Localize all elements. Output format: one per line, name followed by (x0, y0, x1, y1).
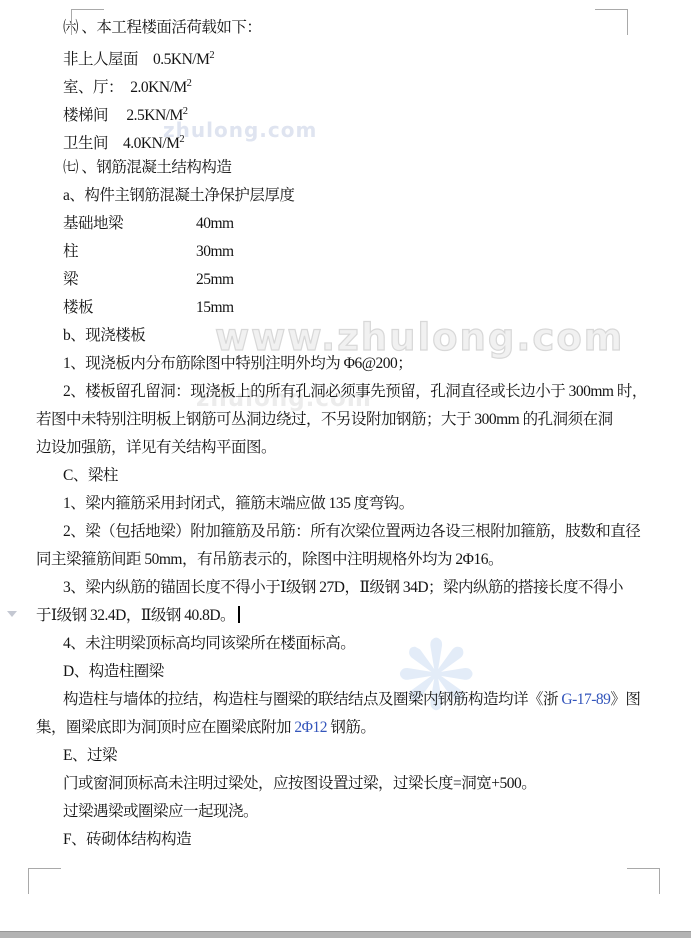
text-run: 40mm (196, 215, 234, 232)
text-line: 基础地梁40mm (36, 210, 691, 238)
text-run: 楼板 (63, 294, 196, 322)
text-run: 0.5KN/M (153, 51, 209, 68)
text-run: a、构件主钢筋混凝土净保护层厚度 (63, 187, 294, 204)
document-text-area[interactable]: ㈥ 、本工程楼面活荷载如下：非上人屋面 0.5KN/M2室、厅： 2.0KN/M… (36, 14, 691, 854)
text-line: 柱30mm (36, 238, 691, 266)
text-run: 》图 (610, 691, 640, 708)
margin-mark-top-right (595, 9, 628, 35)
text-run: 若图中未特别注明板上钢筋可丛洞边绕过，不另设附加钢筋；大于 300mm 的孔洞须… (36, 411, 613, 428)
text-run: 1、现浇板内分布筋除图中特别注明外均为 Φ6@200； (63, 355, 412, 372)
text-line: D、构造柱圈梁 (36, 658, 691, 686)
text-run: 4、未注明梁顶标高均同该梁所在楼面标高。 (63, 635, 355, 652)
text-run: G-17-89 (561, 691, 610, 708)
left-margin-triangle-icon[interactable] (7, 611, 17, 617)
page-gap-bar (0, 931, 691, 938)
text-line: 非上人屋面 0.5KN/M2 (36, 42, 691, 70)
text-line: 梁25mm (36, 266, 691, 294)
text-line: 于Ⅰ级钢 32.4D，Ⅱ级钢 40.8D。 (36, 602, 691, 630)
text-line: 楼板15mm (36, 294, 691, 322)
text-run: C、梁柱 (63, 467, 118, 484)
text-line: 1、现浇板内分布筋除图中特别注明外均为 Φ6@200； (36, 350, 691, 378)
text-run: 构造柱与墙体的拉结，构造柱与圈梁的联结结点及圈梁内钢筋构造均详《浙 (63, 691, 561, 708)
text-line: 边设加强筋，详见有关结构平面图。 (36, 434, 691, 462)
text-line: F、砖砌体结构构造 (36, 826, 691, 854)
margin-mark-top-left (71, 9, 104, 35)
text-line: E、过梁 (36, 742, 691, 770)
text-run: 柱 (63, 238, 196, 266)
text-run: 30mm (196, 243, 234, 260)
text-line: ㈥ 、本工程楼面活荷载如下： (36, 14, 691, 42)
text-run: 2 (209, 50, 214, 61)
text-line: 4、未注明梁顶标高均同该梁所在楼面标高。 (36, 630, 691, 658)
text-run: 过梁遇梁或圈梁应一起现浇。 (63, 803, 258, 820)
text-run: 楼梯间 (63, 107, 126, 124)
text-line: 同主梁箍筋间距 50mm，有吊筋表示的，除图中注明规格外均为 2Φ16。 (36, 546, 691, 574)
text-line: ㈦ 、钢筋混凝土结构构造 (36, 154, 691, 182)
text-run: F、砖砌体结构构造 (63, 831, 191, 848)
text-run: 2 (183, 106, 188, 117)
text-line: 室、厅： 2.0KN/M2 (36, 70, 691, 98)
text-run: 钢筋。 (327, 719, 375, 736)
text-run: 3、梁内纵筋的锚固长度不得小于Ⅰ级钢 27D，Ⅱ级钢 34D；梁内纵筋的搭接长度… (63, 579, 623, 596)
text-line: 构造柱与墙体的拉结，构造柱与圈梁的联结结点及圈梁内钢筋构造均详《浙 G-17-8… (36, 686, 691, 714)
text-run: 基础地梁 (63, 210, 196, 238)
text-line: 门或窗洞顶标高未注明过梁处，应按图设置过梁，过梁长度=洞宽+500。 (36, 770, 691, 798)
text-line: 过梁遇梁或圈梁应一起现浇。 (36, 798, 691, 826)
text-run: 室、厅： (63, 79, 130, 96)
text-run: 卫生间 (63, 135, 123, 152)
text-run: 于Ⅰ级钢 32.4D，Ⅱ级钢 40.8D。 (36, 607, 235, 624)
text-run: 1、梁内箍筋采用封闭式，箍筋末端应做 135 度弯钩。 (63, 495, 414, 512)
text-run: 梁 (63, 266, 196, 294)
text-line: 2、梁（包括地梁）附加箍筋及吊筋：所有次梁位置两边各设三根附加箍筋，肢数和直径 (36, 518, 691, 546)
text-run: 2、楼板留孔留洞：现浇板上的所有孔洞必须事先预留，孔洞直径或长边小于 300mm… (63, 383, 647, 400)
text-line: 集，圈梁底即为洞顶时应在圈梁底附加 2Φ12 钢筋。 (36, 714, 691, 742)
text-line: 3、梁内纵筋的锚固长度不得小于Ⅰ级钢 27D，Ⅱ级钢 34D；梁内纵筋的搭接长度… (36, 574, 691, 602)
text-run: 2 (179, 134, 184, 145)
text-run: 门或窗洞顶标高未注明过梁处，应按图设置过梁，过梁长度=洞宽+500。 (63, 775, 536, 792)
text-run: 2Φ12 (294, 719, 327, 736)
text-line: C、梁柱 (36, 462, 691, 490)
margin-mark-bottom-left (28, 868, 61, 894)
text-run: 2.0KN/M (130, 79, 186, 96)
text-line: b、现浇楼板 (36, 322, 691, 350)
text-run: 25mm (196, 271, 234, 288)
text-run: ㈦ 、钢筋混凝土结构构造 (63, 159, 231, 176)
margin-mark-bottom-right (627, 868, 660, 894)
text-run: 2.5KN/M (126, 107, 182, 124)
text-run: E、过梁 (63, 747, 117, 764)
text-run: 集，圈梁底即为洞顶时应在圈梁底附加 (36, 719, 294, 736)
text-run: 非上人屋面 (63, 51, 153, 68)
text-run: 2 (187, 78, 192, 89)
word-document-window: { "document": { "lines": [ {"indent":"i1… (0, 0, 691, 938)
text-cursor (238, 606, 240, 623)
text-line: 1、梁内箍筋采用封闭式，箍筋末端应做 135 度弯钩。 (36, 490, 691, 518)
text-run: 边设加强筋，详见有关结构平面图。 (36, 439, 276, 456)
text-line: 卫生间 4.0KN/M2 (36, 126, 691, 154)
text-line: 2、楼板留孔留洞：现浇板上的所有孔洞必须事先预留，孔洞直径或长边小于 300mm… (36, 378, 691, 406)
text-line: 楼梯间 2.5KN/M2 (36, 98, 691, 126)
text-line: a、构件主钢筋混凝土净保护层厚度 (36, 182, 691, 210)
text-run: 同主梁箍筋间距 50mm，有吊筋表示的，除图中注明规格外均为 2Φ16。 (36, 551, 503, 568)
text-run: 2、梁（包括地梁）附加箍筋及吊筋：所有次梁位置两边各设三根附加箍筋，肢数和直径 (63, 523, 640, 540)
text-run: 4.0KN/M (123, 135, 179, 152)
text-run: b、现浇楼板 (63, 327, 145, 344)
text-run: D、构造柱圈梁 (63, 663, 164, 680)
text-run: 15mm (196, 299, 234, 316)
text-line: 若图中未特别注明板上钢筋可丛洞边绕过，不另设附加钢筋；大于 300mm 的孔洞须… (36, 406, 691, 434)
